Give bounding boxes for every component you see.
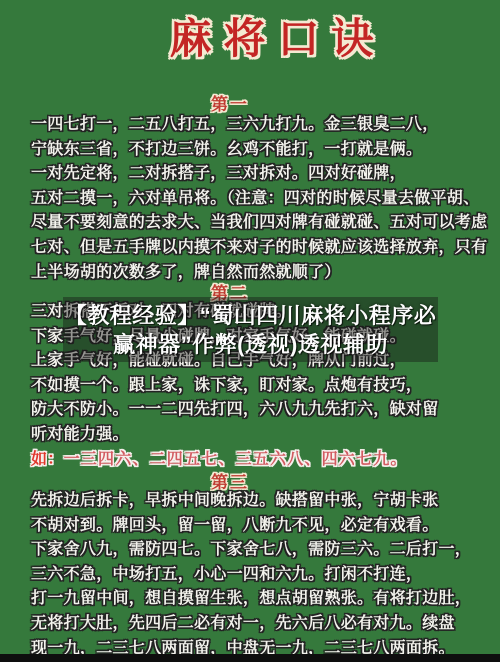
text-line: 七对、但是五手牌以内摸不来对子的时候就应该选择放弃，只有 [31, 236, 477, 261]
text-line: 不胡对到。牌回头，留一留，八断九不见，必定有戏看。 [31, 514, 477, 539]
text-line: 宁缺东三省，不打边三饼。幺鸡不能打，一打就是俩。 [31, 138, 477, 163]
bottom-bar [0, 654, 500, 662]
watermark-overlay: 【教程经验】“蜀山四川麻将小程序必 赢神器”作弊(透视)透视辅助 [63, 297, 438, 362]
text-line: 不如摸一个。跟上家，诛下家，盯对家。点炮有技巧， [31, 374, 477, 399]
text-line: 防大不防小。一一二四先打四，六八九九先打六，缺对留 [31, 398, 477, 423]
text-line: 五对二摸一，六对单吊将。（注意：四对的时候尽量去做平胡、 [31, 187, 477, 212]
text-line: 无将打大肚，先四后二必有对一，先六后八必有对九。续盘 [31, 612, 477, 637]
text-line: 先拆边后拆卡，早拆中间晚拆边。缺搭留中张，宁胡卡张 [31, 489, 477, 514]
example-numbers: 一三四六、二四五七、三五六八、四六七九。 [64, 451, 408, 468]
text-line: 三六不急，中场打五，小心一四和六九。打闲不打连， [31, 563, 477, 588]
example-prefix: 如： [31, 451, 64, 468]
section-one-body: 一四七打一，二五八打五，三六九打九。金三银臭二八， 宁缺东三省，不打边三饼。幺鸡… [31, 113, 477, 285]
text-line: 下家舍八九，需防四七。下家舍七八，需防三六。二后打一， [31, 538, 477, 563]
text-line: 尽量不要刻意的去求大、当我们四对牌有碰就碰、五对可以考虑 [31, 211, 477, 236]
text-line: 一对先定将，二对拆搭子，三对拆对。四对好碰牌， [31, 162, 477, 187]
mahjong-tips-poster: 麻将口诀 第一 一四七打一，二五八打五，三六九打九。金三银臭二八， 宁缺东三省，… [0, 0, 500, 662]
watermark-line: 【教程经验】“蜀山四川麻将小程序必 [63, 301, 438, 330]
text-line: 听对能力强。 [31, 423, 477, 448]
section-one-heading: 第一 [0, 90, 460, 115]
section-three-body: 先拆边后拆卡，早拆中间晚拆边。缺搭留中张，宁胡卡张 不胡对到。牌回头，留一留，八… [31, 489, 477, 661]
poster-title: 麻将口诀 [55, 6, 500, 66]
watermark-line: 赢神器”作弊(透视)透视辅助 [63, 330, 438, 359]
text-line: 打一九留中间，想自摸留生张，想点胡留熟张。有将打边肚， [31, 587, 477, 612]
text-line: 一四七打一，二五八打五，三六九打九。金三银臭二八， [31, 113, 477, 138]
